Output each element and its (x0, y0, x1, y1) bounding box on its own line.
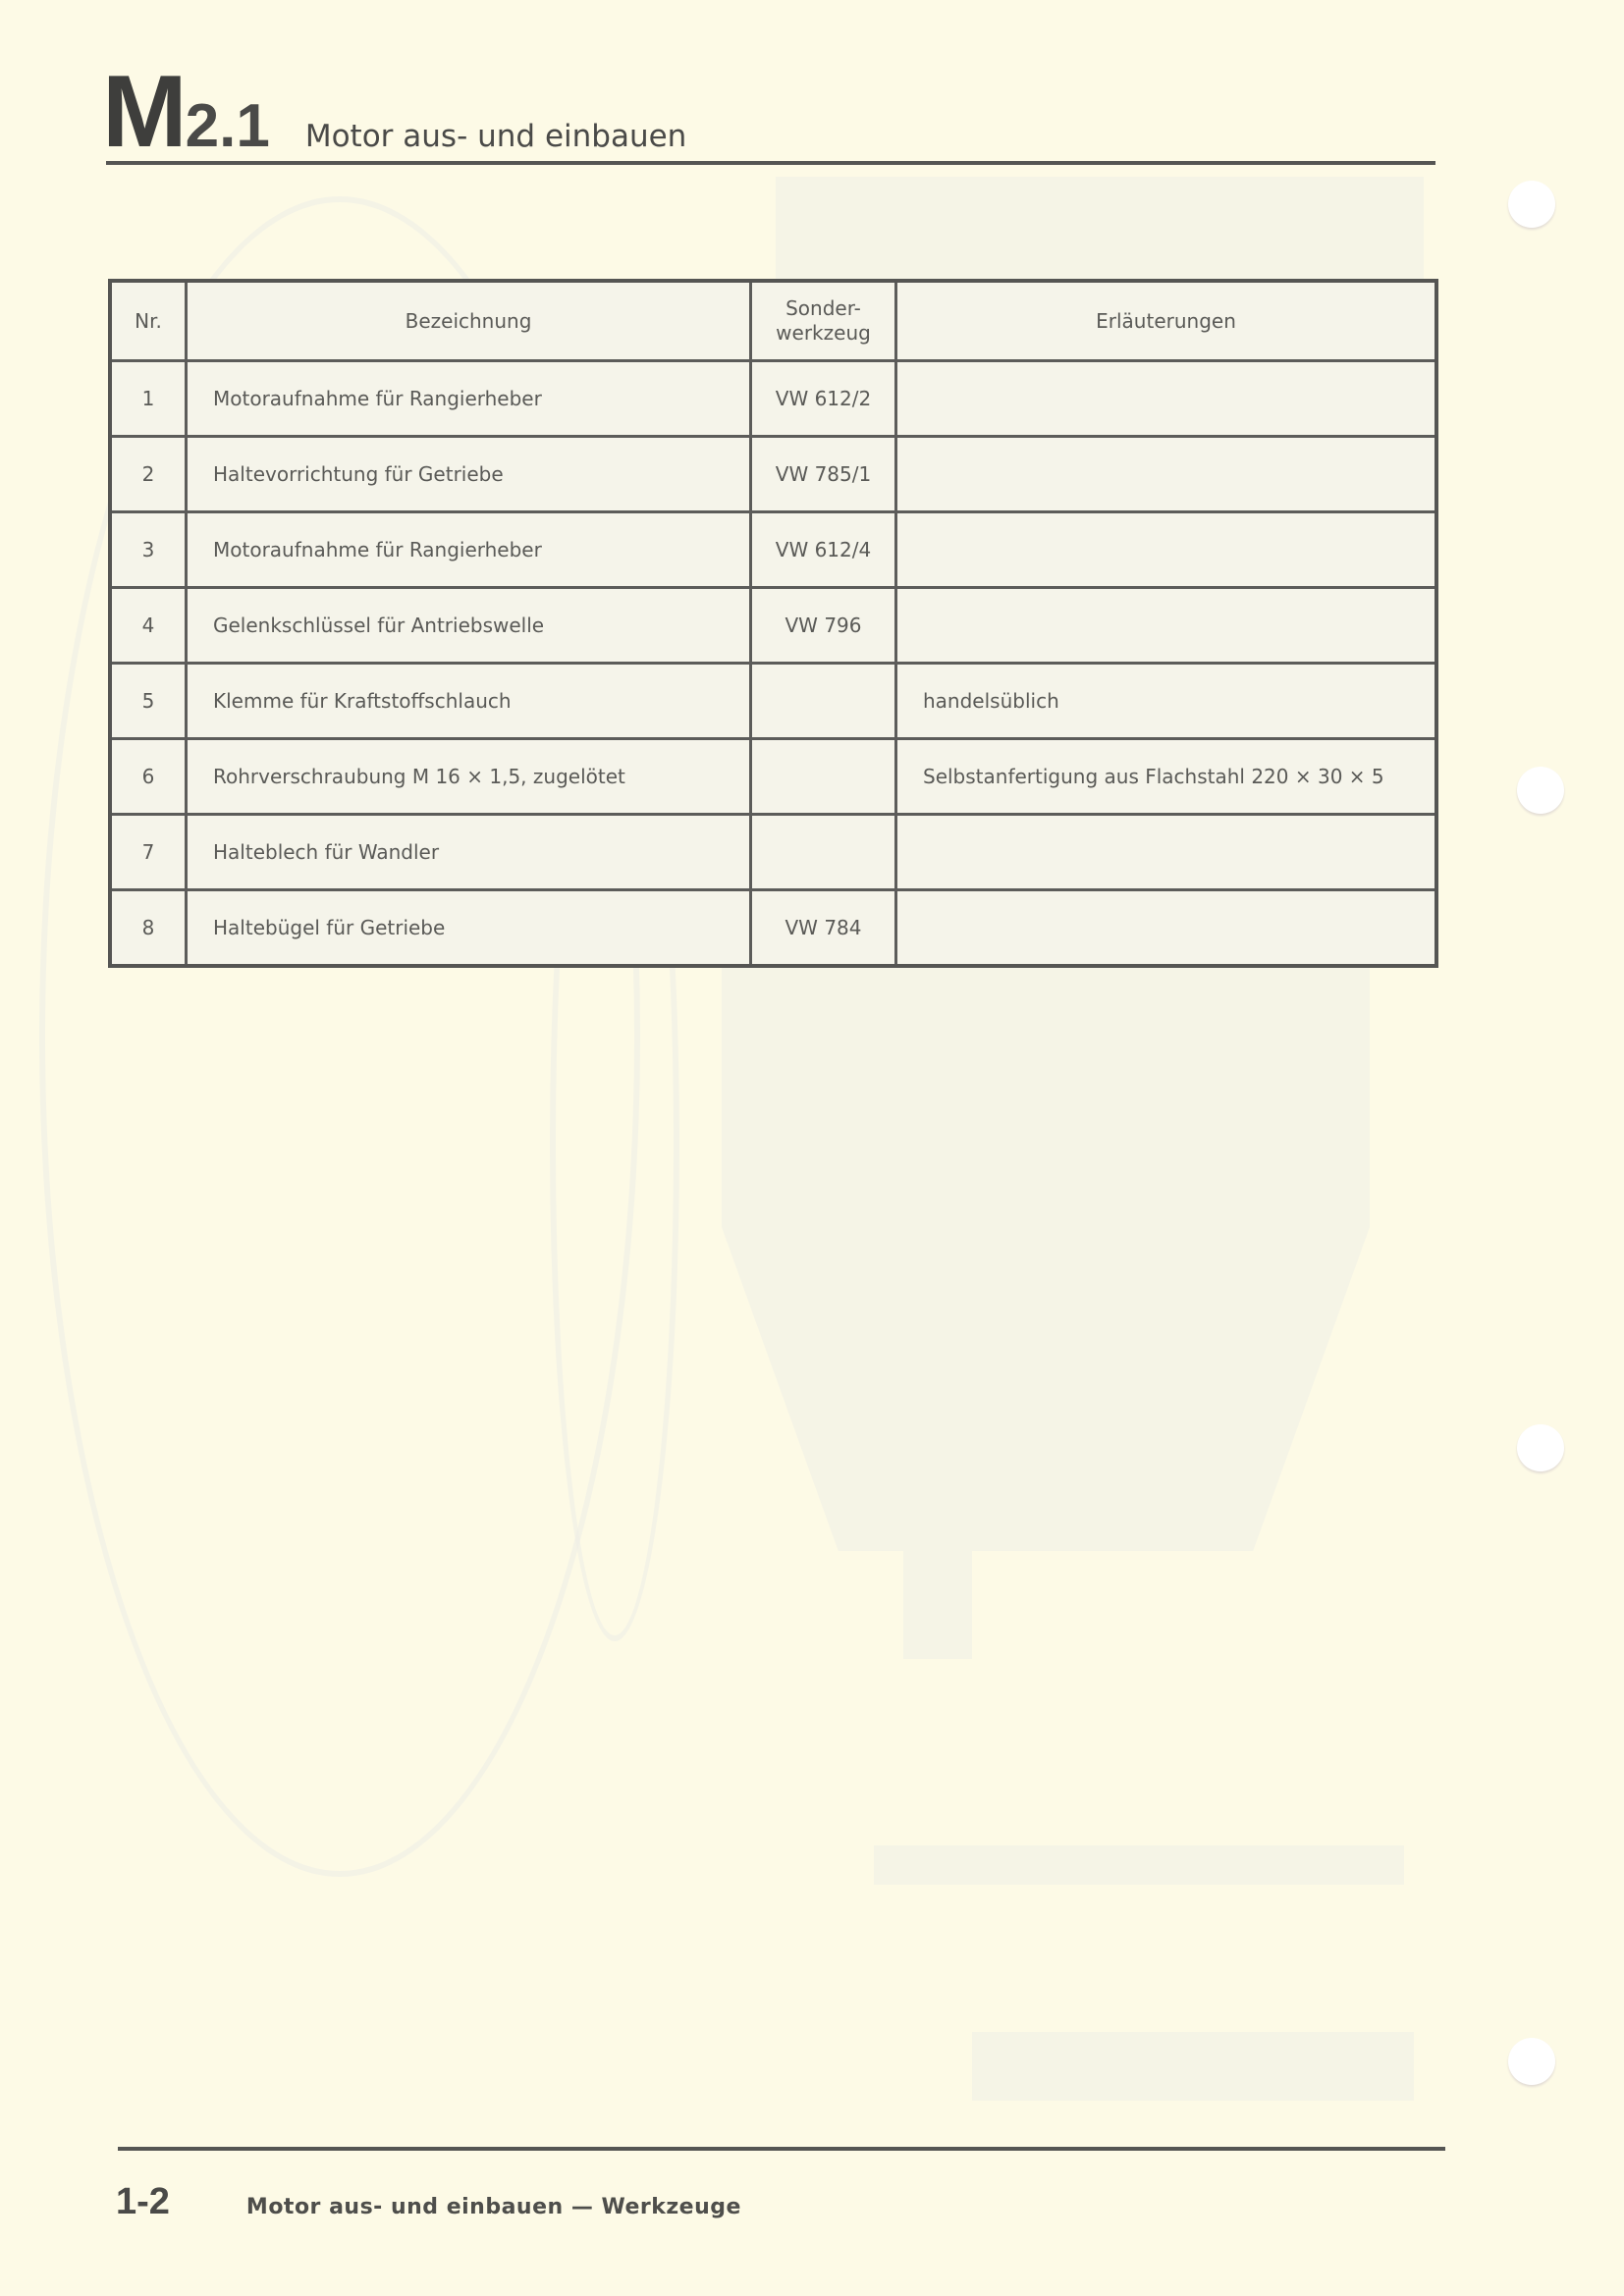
cell-sonderwerkzeug (751, 815, 896, 890)
table-row: 8Haltebügel für GetriebeVW 784 (110, 890, 1436, 967)
bleed-through-shadow (972, 2032, 1414, 2101)
cell-erlaeuterungen (896, 890, 1437, 967)
header-rule (106, 161, 1435, 165)
table-header-row: Nr. Bezeichnung Sonder- werkzeug Erläute… (110, 281, 1436, 361)
cell-bezeichnung: Rohrverschraubung M 16 × 1,5, zugelötet (187, 739, 751, 815)
table-row: 4Gelenkschlüssel für AntriebswelleVW 796 (110, 588, 1436, 664)
punch-hole (1508, 2038, 1555, 2085)
section-number: 2.1 (186, 96, 270, 157)
cell-bezeichnung: Motoraufnahme für Rangierheber (187, 512, 751, 588)
cell-sonderwerkzeug: VW 785/1 (751, 437, 896, 512)
cell-bezeichnung: Gelenkschlüssel für Antriebswelle (187, 588, 751, 664)
column-header-sonderwerkzeug: Sonder- werkzeug (751, 281, 896, 361)
table-row: 6Rohrverschraubung M 16 × 1,5, zugelötet… (110, 739, 1436, 815)
page-title: Motor aus- und einbauen (305, 119, 686, 154)
footer-title: Motor aus- und einbauen — Werkzeuge (246, 2195, 741, 2219)
cell-bezeichnung: Haltebügel für Getriebe (187, 890, 751, 967)
cell-sonderwerkzeug: VW 612/2 (751, 361, 896, 437)
cell-nr: 6 (110, 739, 187, 815)
page-footer: 1-2 Motor aus- und einbauen — Werkzeuge (116, 2181, 741, 2223)
table-row: 7Halteblech für Wandler (110, 815, 1436, 890)
column-header-bezeichnung: Bezeichnung (187, 281, 751, 361)
page-header: M 2.1 Motor aus- und einbauen (102, 61, 686, 163)
bleed-through-shadow (903, 1551, 972, 1659)
cell-nr: 4 (110, 588, 187, 664)
cell-erlaeuterungen: Selbstanfertigung aus Flachstahl 220 × 3… (896, 739, 1437, 815)
cell-sonderwerkzeug: VW 612/4 (751, 512, 896, 588)
cell-sonderwerkzeug: VW 784 (751, 890, 896, 967)
table-row: 5Klemme für Kraftstoffschlauchhandelsübl… (110, 664, 1436, 739)
bleed-through-shadow (722, 962, 1370, 1551)
cell-nr: 5 (110, 664, 187, 739)
tools-table: Nr. Bezeichnung Sonder- werkzeug Erläute… (108, 279, 1438, 968)
punch-hole (1517, 1424, 1564, 1471)
column-header-erlaeuterungen: Erläuterungen (896, 281, 1437, 361)
cell-erlaeuterungen (896, 815, 1437, 890)
cell-erlaeuterungen (896, 512, 1437, 588)
cell-erlaeuterungen (896, 361, 1437, 437)
cell-sonderwerkzeug (751, 664, 896, 739)
cell-nr: 8 (110, 890, 187, 967)
cell-sonderwerkzeug (751, 739, 896, 815)
column-header-nr: Nr. (110, 281, 187, 361)
cell-erlaeuterungen (896, 588, 1437, 664)
cell-erlaeuterungen: handelsüblich (896, 664, 1437, 739)
footer-rule (118, 2147, 1445, 2151)
cell-bezeichnung: Klemme für Kraftstoffschlauch (187, 664, 751, 739)
page-number: 1-2 (116, 2181, 170, 2223)
punch-hole (1517, 767, 1564, 814)
table-row: 2Haltevorrichtung für GetriebeVW 785/1 (110, 437, 1436, 512)
table-row: 1Motoraufnahme für RangierheberVW 612/2 (110, 361, 1436, 437)
cell-sonderwerkzeug: VW 796 (751, 588, 896, 664)
column-header-sonderwerkzeug-line2: werkzeug (752, 321, 894, 346)
cell-erlaeuterungen (896, 437, 1437, 512)
bleed-through-shadow (874, 1845, 1404, 1885)
section-letter: M (102, 61, 184, 163)
cell-bezeichnung: Haltevorrichtung für Getriebe (187, 437, 751, 512)
cell-bezeichnung: Halteblech für Wandler (187, 815, 751, 890)
cell-bezeichnung: Motoraufnahme für Rangierheber (187, 361, 751, 437)
cell-nr: 7 (110, 815, 187, 890)
punch-hole (1508, 181, 1555, 228)
cell-nr: 3 (110, 512, 187, 588)
column-header-sonderwerkzeug-line1: Sonder- (752, 296, 894, 321)
table-row: 3Motoraufnahme für RangierheberVW 612/4 (110, 512, 1436, 588)
cell-nr: 1 (110, 361, 187, 437)
cell-nr: 2 (110, 437, 187, 512)
